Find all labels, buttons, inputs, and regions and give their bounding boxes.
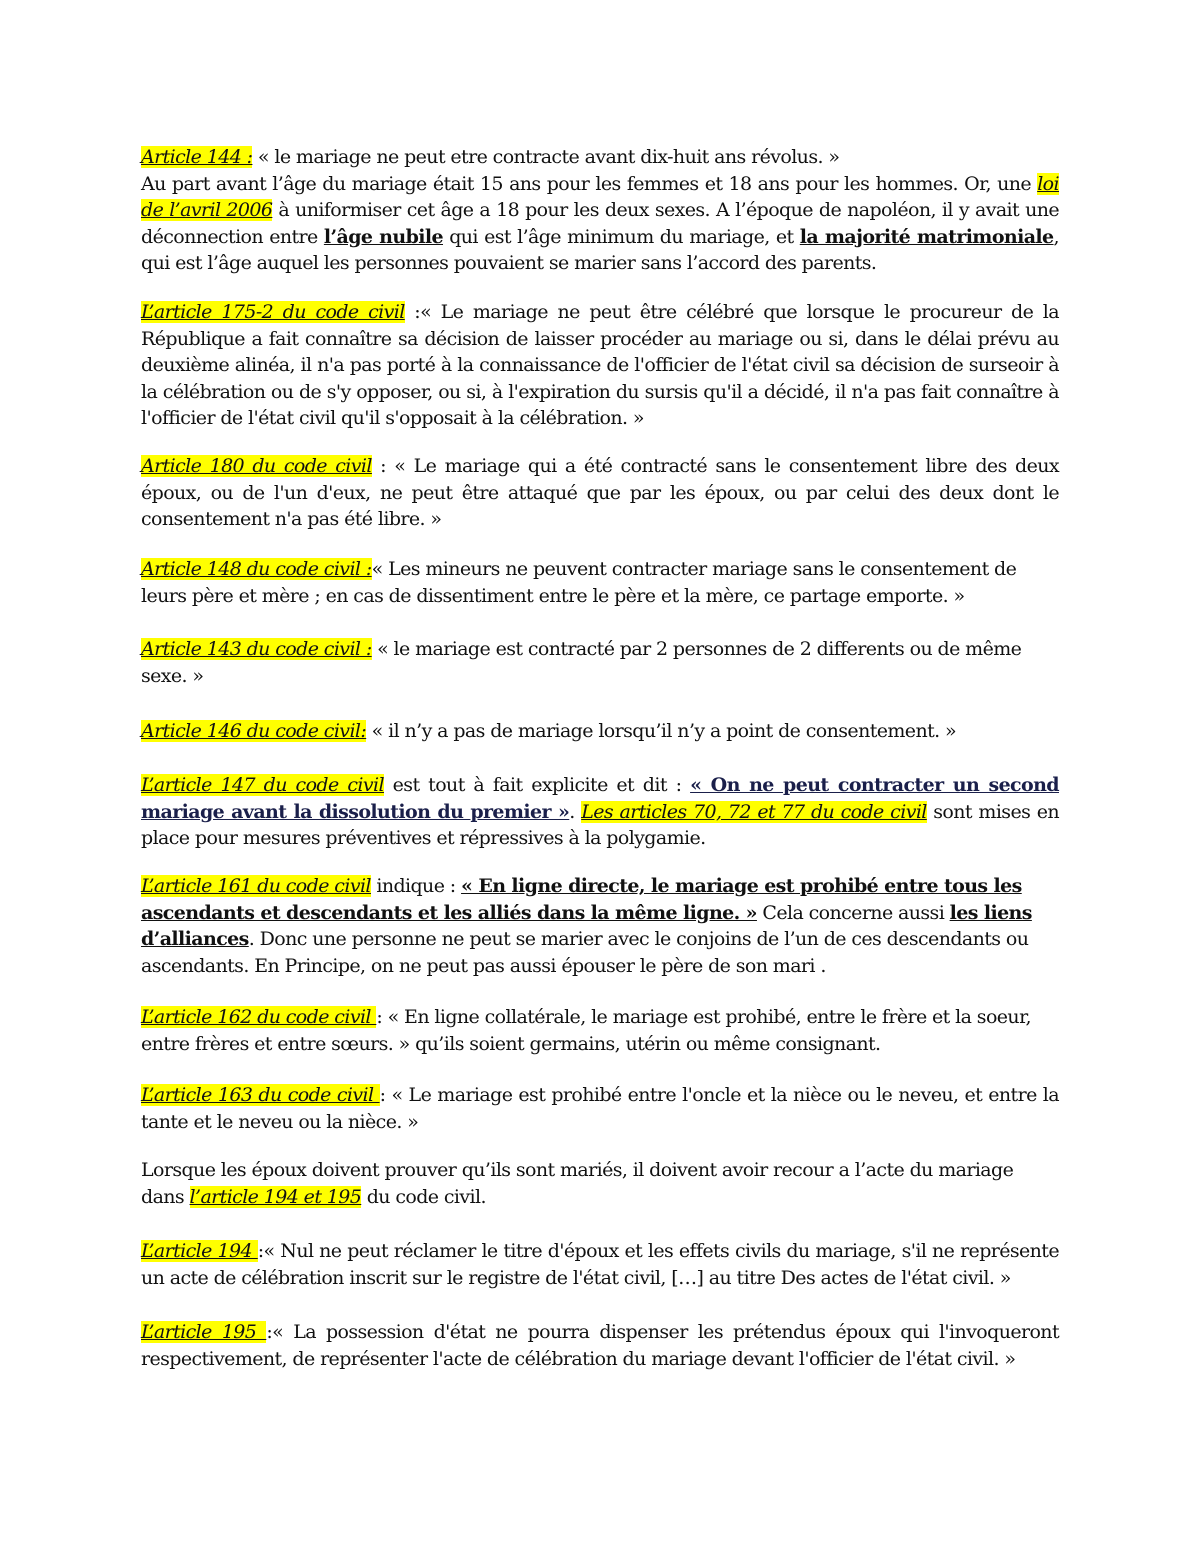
paragraph-article-147: L’article 147 du code civil est tout à f… xyxy=(141,772,1059,852)
article-reference: Article 144 : xyxy=(141,146,252,168)
article-reference: Article 180 du code civil xyxy=(141,455,372,477)
paragraph-text: . Donc une personne ne peut se marier av… xyxy=(141,928,1028,977)
term-majorite-matrimoniale: la majorité matrimoniale xyxy=(800,226,1054,248)
article-reference: Article 146 du code civil: xyxy=(141,720,366,742)
paragraph-age-mariage: Au part avant l’âge du mariage était 15 … xyxy=(141,171,1059,277)
paragraph-text: Au part avant l’âge du mariage était 15 … xyxy=(141,173,1037,195)
article-reference: L’article 161 du code civil xyxy=(141,875,371,897)
article-reference: L’article 175-2 du code civil xyxy=(141,301,405,323)
paragraph-article-146: Article 146 du code civil: « il n’y a pa… xyxy=(141,718,1059,745)
paragraph-text: . xyxy=(569,801,581,823)
paragraph-article-148: Article 148 du code civil :« Les mineurs… xyxy=(141,556,1059,609)
paragraph-preuve-mariage: Lorsque les époux doivent prouver qu’ils… xyxy=(141,1157,1059,1210)
paragraph-text: qui est l’âge minimum du mariage, et xyxy=(443,226,800,248)
paragraph-text: est tout à fait explicite et dit : xyxy=(384,774,690,796)
paragraph-text: Cela concerne aussi xyxy=(757,902,950,924)
paragraph-text: du code civil. xyxy=(361,1186,486,1208)
paragraph-article-195: L’article 195 :« La possession d'état ne… xyxy=(141,1319,1059,1372)
paragraph-text: « le mariage ne peut etre contracte avan… xyxy=(252,146,839,168)
paragraph-article-180: Article 180 du code civil : « Le mariage… xyxy=(141,453,1059,533)
paragraph-article-143: Article 143 du code civil : « le mariage… xyxy=(141,636,1059,689)
paragraph-article-162: L’article 162 du code civil : « En ligne… xyxy=(141,1004,1059,1057)
paragraph-text: indique : xyxy=(371,875,461,897)
paragraph-text: :« Nul ne peut réclamer le titre d'époux… xyxy=(141,1240,1059,1289)
paragraph-article-194: L’article 194 :« Nul ne peut réclamer le… xyxy=(141,1238,1059,1291)
article-reference: L’article 195 xyxy=(141,1321,266,1343)
article-reference: L’article 147 du code civil xyxy=(141,774,384,796)
article-reference: L’article 194 xyxy=(141,1240,258,1262)
article-reference: l’article 194 et 195 xyxy=(190,1186,362,1208)
article-reference: Article 148 du code civil : xyxy=(141,558,372,580)
paragraph-article-163: L’article 163 du code civil : « Le maria… xyxy=(141,1082,1059,1135)
paragraph-text: :« La possession d'état ne pourra dispen… xyxy=(141,1321,1059,1370)
paragraph-text: « il n’y a pas de mariage lorsqu’il n’y … xyxy=(366,720,956,742)
article-reference: Article 143 du code civil : xyxy=(141,638,372,660)
paragraph-article-144: Article 144 : « le mariage ne peut etre … xyxy=(141,144,1059,171)
paragraph-article-175-2: L’article 175-2 du code civil :« Le mari… xyxy=(141,299,1059,432)
article-reference: L’article 163 du code civil xyxy=(141,1084,380,1106)
paragraph-article-161: L’article 161 du code civil indique : « … xyxy=(141,873,1059,979)
term-age-nubile: l’âge nubile xyxy=(324,226,443,248)
article-reference: L’article 162 du code civil xyxy=(141,1006,376,1028)
article-reference-secondary: Les articles 70, 72 et 77 du code civil xyxy=(581,801,927,823)
